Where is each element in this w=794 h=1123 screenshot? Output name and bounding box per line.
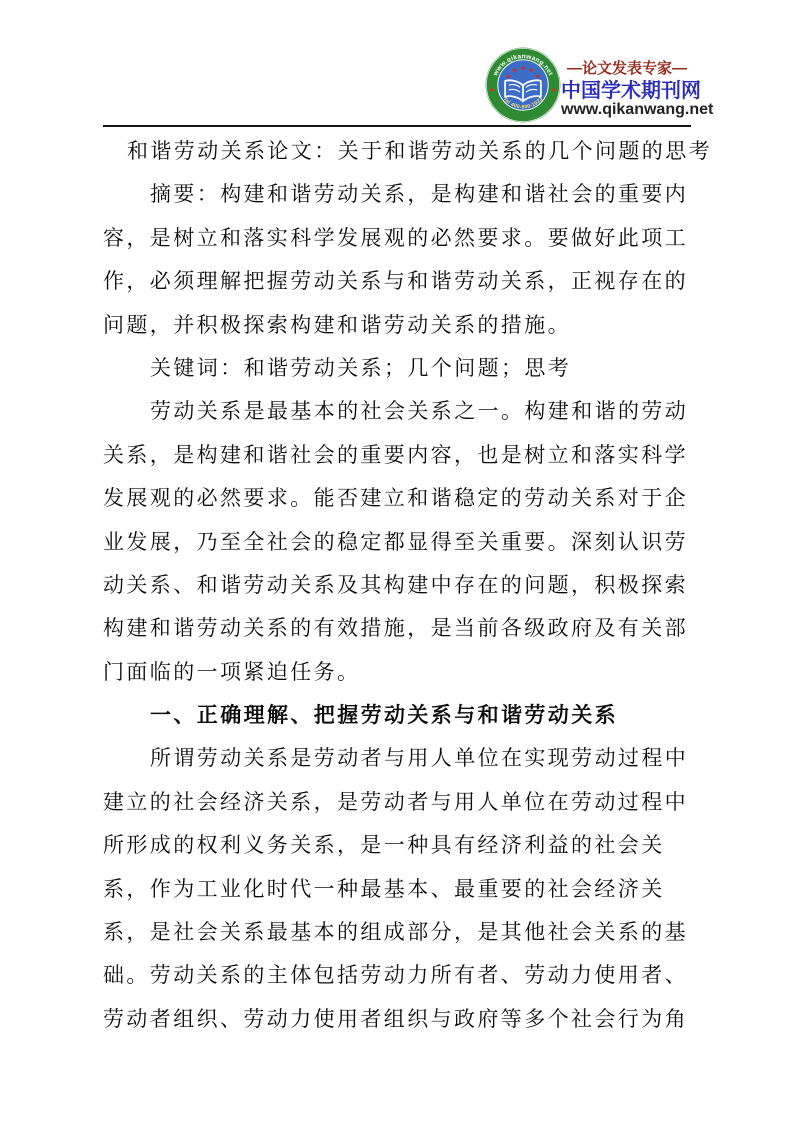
section-1-heading: 一、正确理解、把握劳动关系与和谐劳动关系 bbox=[103, 694, 695, 737]
body-line: 所形成的权利义务关系，是一种具有经济利益的社会关 bbox=[103, 824, 695, 867]
brand-site-url: www.qikanwang.net bbox=[561, 101, 693, 119]
body-line: 系，是社会关系最基本的组成部分，是其他社会关系的基 bbox=[103, 911, 695, 954]
body-line: 劳动关系是最基本的社会关系之一。构建和谐的劳动 bbox=[103, 390, 695, 433]
qikanwang-seal-icon: www.qikanwang.net Tel 400-600-1923 bbox=[484, 46, 562, 124]
document-body: 和谐劳动关系论文：关于和谐劳动关系的几个问题的思考 摘要：构建和谐劳动关系，是构… bbox=[103, 130, 695, 1041]
body-line: 建立的社会经济关系，是劳动者与用人单位在劳动过程中 bbox=[103, 781, 695, 824]
body-line: 础。劳动关系的主体包括劳动力所有者、劳动力使用者、 bbox=[103, 954, 695, 997]
abstract-line: 问题，并积极探索构建和谐劳动关系的措施。 bbox=[103, 304, 695, 347]
body-line: 关系，是构建和谐社会的重要内容，也是树立和落实科学 bbox=[103, 434, 695, 477]
keywords-line: 关键词：和谐劳动关系；几个问题；思考 bbox=[103, 347, 695, 390]
header-divider bbox=[103, 125, 691, 127]
body-line: 所谓劳动关系是劳动者与用人单位在实现劳动过程中 bbox=[103, 737, 695, 780]
body-line: 劳动者组织、劳动力使用者组织与政府等多个社会行为角 bbox=[103, 998, 695, 1041]
abstract-line: 容，是树立和落实科学发展观的必然要求。要做好此项工 bbox=[103, 217, 695, 260]
body-line: 业发展，乃至全社会的稳定都显得至关重要。深刻认识劳 bbox=[103, 521, 695, 564]
abstract-line: 作，必须理解把握劳动关系与和谐劳动关系，正视存在的 bbox=[103, 260, 695, 303]
body-line: 门面临的一项紧迫任务。 bbox=[103, 651, 695, 694]
abstract-line: 摘要：构建和谐劳动关系，是构建和谐社会的重要内 bbox=[103, 173, 695, 216]
body-line: 构建和谐劳动关系的有效措施，是当前各级政府及有关部 bbox=[103, 607, 695, 650]
brand-site-name: 中国学术期刊网 bbox=[561, 74, 693, 103]
body-line: 系，作为工业化时代一种最基本、最重要的社会经济关 bbox=[103, 868, 695, 911]
body-line: 发展观的必然要求。能否建立和谐稳定的劳动关系对于企 bbox=[103, 477, 695, 520]
body-line: 动关系、和谐劳动关系及其构建中存在的问题，积极探索 bbox=[103, 564, 695, 607]
document-title: 和谐劳动关系论文：关于和谐劳动关系的几个问题的思考 bbox=[103, 130, 695, 173]
